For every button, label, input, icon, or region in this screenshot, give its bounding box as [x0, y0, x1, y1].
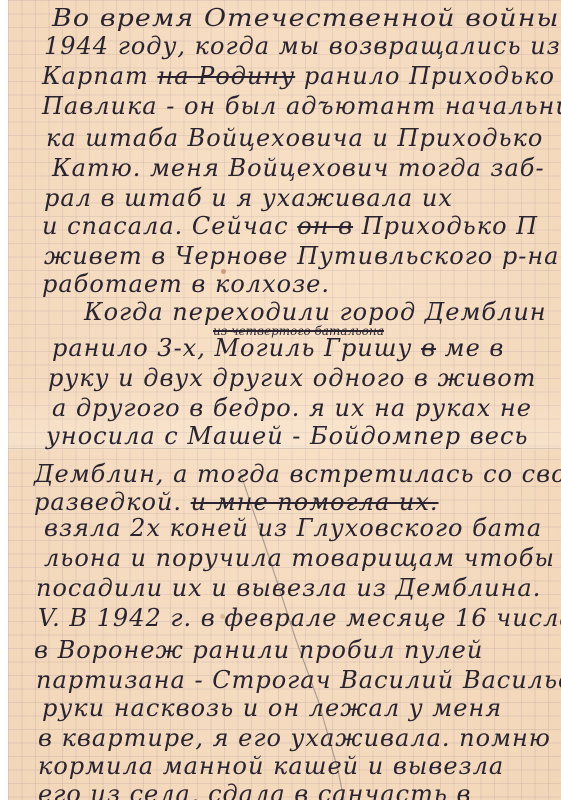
text-line-22: в Воронеж ранили пробил пулей [34, 636, 483, 664]
text-line-2: 1944 году, когда мы возвращались из [44, 32, 561, 60]
text-line-11: Когда переходили город Демблин [84, 298, 547, 326]
text-line-18: взяла 2х коней из Глуховского бата [44, 514, 542, 542]
struck-text: на Родину [157, 62, 295, 90]
text-line-12: ранило 3-х, Могиль Гришу в ме в [52, 334, 504, 362]
text-line-24: руки насквозь и он лежал у меня [42, 694, 502, 722]
struck-text: в [421, 334, 436, 362]
text-line-27: его из села, сдала в санчасть в [38, 780, 472, 800]
text-line-4: Павлика - он был адъютант начальни- [42, 92, 561, 120]
text-line-1: Во время Отечественной войны в [52, 4, 561, 32]
text-line-9: живет в Чернове Путивльского р-на [44, 242, 559, 270]
text-line-8: и спасала. Сейчас он в Приходько П [42, 212, 538, 240]
text-line-25: в квартире, я его ухаживала. помню [38, 724, 551, 752]
text-line-16: Демблин, а тогда встретилась со своей [34, 460, 561, 488]
text-line-3: Карпат на Родину ранило Приходько [42, 62, 555, 90]
text-line-7: рал в штаб и я ухаживала их [44, 184, 453, 212]
text-line-15: уносила с Машей - Бойдомпер весь [46, 422, 528, 450]
text-line-13: руку и двух других одного в живот [48, 364, 536, 392]
struck-text: и мне помогла их. [191, 488, 439, 516]
struck-text: он в [297, 212, 353, 240]
text-line-26: кормила манной кашей и вывезла [38, 752, 504, 780]
document-page: Во время Отечественной войны в 1944 году… [8, 0, 561, 800]
text-line-6: Катю. меня Войцехович тогда заб- [52, 154, 545, 182]
text-line-17: разведкой. и мне помогла их. [34, 488, 439, 516]
text-line-5: ка штаба Войцеховича и Приходько [46, 124, 543, 152]
text-line-10: работает в колхозе. [42, 270, 330, 298]
text-line-21: V. В 1942 г. в феврале месяце 16 числа [38, 604, 561, 632]
text-line-14: а другого в бедро. я их на руках не [52, 394, 532, 422]
text-line-20: посадили их и вывезла из Демблина. [36, 574, 541, 602]
text-line-19: льона и поручила товарищам чтобы [44, 544, 555, 572]
text-line-23: партизана - Строгач Василий Васильевич [36, 666, 561, 694]
